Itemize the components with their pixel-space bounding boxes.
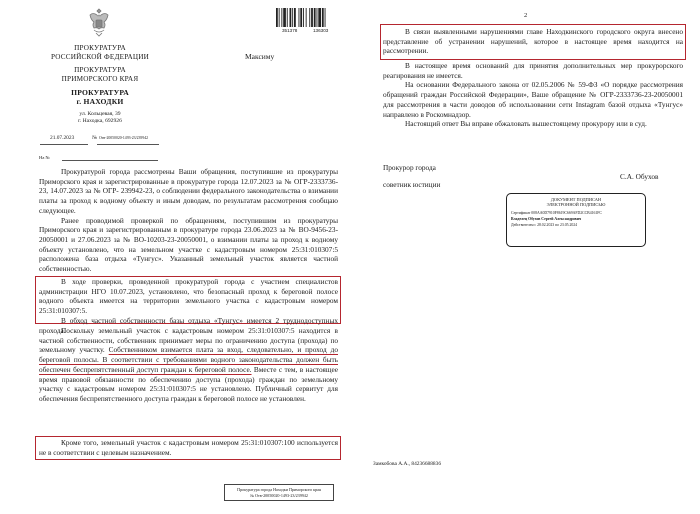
barcode-icon [276, 8, 338, 28]
paragraph: В ходе проверки, проведенной прокуратуро… [39, 277, 338, 316]
coat-of-arms-icon [84, 6, 114, 38]
org-name-regional: ПРОКУРАТУРА ПРИМОРСКОГО КРАЯ [20, 66, 180, 84]
number-label: № [92, 135, 97, 141]
in-reply-label: На № [39, 155, 50, 160]
electronic-signature-stamp: ДОКУМЕНТ ПОДПИСАН ЭЛЕКТРОННОЙ ПОДПИСЬЮ С… [506, 193, 646, 247]
barcode-number-1: 351378 [282, 28, 297, 33]
letter-page-2: 2 В связи выявленными нарушениями главе … [350, 0, 700, 514]
barcode-number-2: 136303 [313, 28, 328, 33]
letter-body-conclusion: В настоящее время оснований для принятия… [383, 61, 683, 129]
in-reply-underline [62, 160, 158, 161]
paragraph: Поскольку земельный участок с кадастровы… [39, 326, 338, 404]
signatory-rank: советник юстиции [383, 180, 440, 189]
addressee: Максиму [245, 52, 274, 61]
letter-body-representation: В связи выявленными нарушениями главе На… [383, 27, 683, 56]
org-name-federal: ПРОКУРАТУРА РОССИЙСКОЙ ФЕДЕРАЦИИ [20, 44, 180, 62]
paragraph: Кроме того, земельный участок с кадастро… [39, 438, 338, 457]
paragraph: В связи выявленными нарушениями главе На… [383, 27, 683, 56]
letter-body-intro: Прокуратурой города рассмотрены Ваши обр… [39, 167, 338, 274]
executor-contact: Замкобова А.А., 84236688836 [373, 461, 441, 467]
paragraph: На основании Федерального закона от 02.0… [383, 80, 683, 119]
paragraph: Прокуратурой города рассмотрены Ваши обр… [39, 167, 338, 216]
letter-date: 21.07.2023 [50, 135, 74, 141]
certificate-id: Сертификат 008AA0D7910F8619C669AFD2CCB41… [511, 211, 641, 216]
paragraph: Настоящий ответ Вы вправе обжаловать выш… [383, 119, 683, 129]
signatory-name: С.А. Обухов [620, 172, 658, 181]
certificate-owner: Владелец Обухов Сергей Александрович [511, 217, 641, 222]
org-address: ул. Кольцевая, 39 г. Находка, 692926 [20, 111, 180, 125]
letter-number: Отв-20050020-1493-23/239942 [99, 136, 148, 140]
signatory-title: Прокурор города [383, 163, 436, 172]
page-number: 2 [524, 12, 527, 19]
registration-stamp: Прокуратура города Находки Приморского к… [224, 484, 334, 501]
letter-body-land-use: Кроме того, земельный участок с кадастро… [39, 438, 338, 457]
number-underline [97, 144, 159, 145]
certificate-validity: Действителен с 28.02.2023 по 23.05.2024 [511, 223, 641, 228]
letter-page-1: ПРОКУРАТУРА РОССИЙСКОЙ ФЕДЕРАЦИИ ПРОКУРА… [0, 0, 350, 514]
org-name-city: ПРОКУРАТУРА г. НАХОДКИ [20, 88, 180, 106]
paragraph: Ранее проводимой проверкой по обращениям… [39, 216, 338, 274]
date-underline [40, 144, 88, 145]
paragraph: В настоящее время оснований для принятия… [383, 61, 683, 80]
letter-body-ownership: Поскольку земельный участок с кадастровы… [39, 326, 338, 404]
